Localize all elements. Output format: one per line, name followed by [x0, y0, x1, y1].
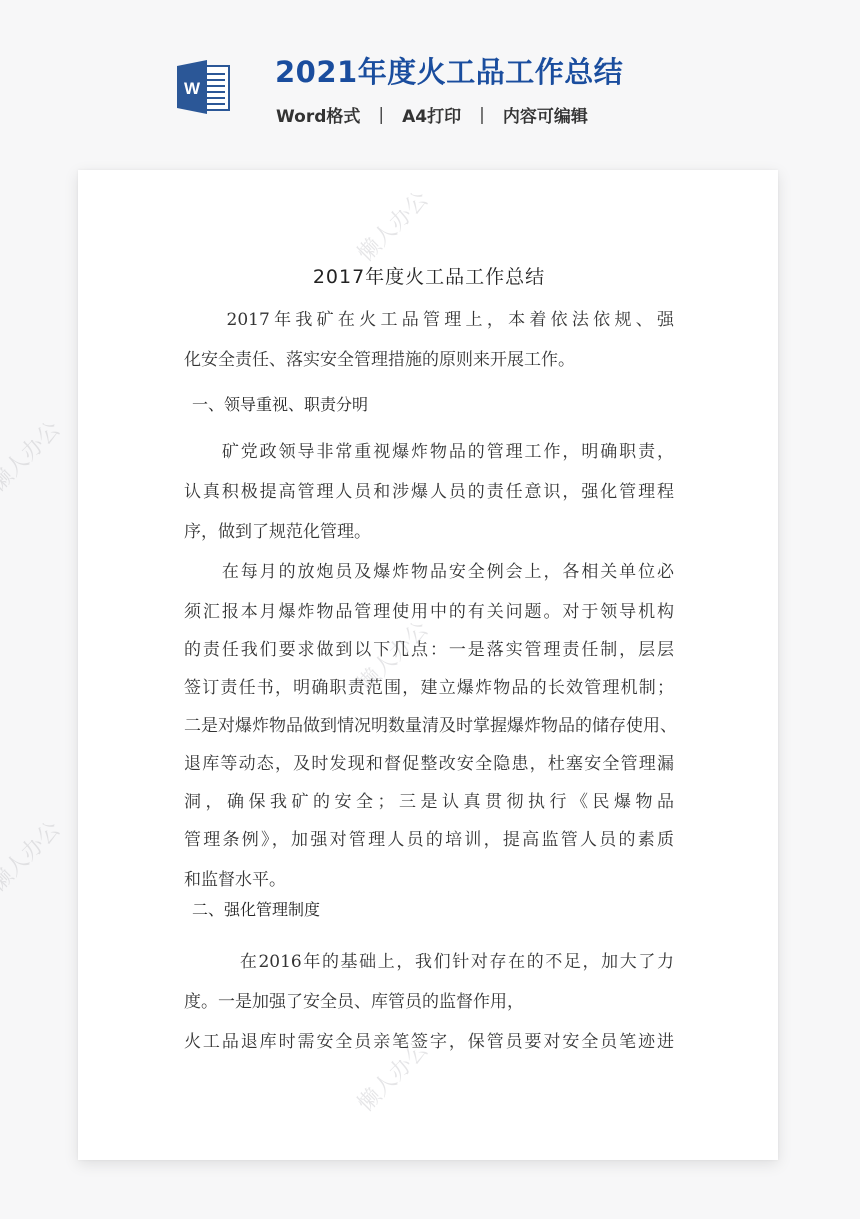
page-title: 2021年度火工品工作总结 — [275, 50, 623, 91]
section-heading: 一、领导重视、职责分明 — [192, 395, 368, 415]
paragraph-line: 在2016年的基础上，我们针对存在的不足，加大了力 — [184, 952, 674, 972]
watermark: 懒人办公 — [0, 413, 66, 497]
paragraph-line: 度。一是加强了安全员、库管员的监督作用， — [184, 992, 674, 1012]
header: W 2021年度火工品工作总结 Word格式 | A4打印 | 内容可编辑 — [0, 0, 860, 160]
document-page: 懒人办公 懒人办公 懒人办公 懒人办公 懒人办公 2017年度火工品工作总结 2… — [78, 170, 778, 1160]
watermark: 懒人办公 — [0, 813, 66, 897]
paragraph-line: 认真积极提高管理人员和涉爆人员的责任意识，强化管理程 — [184, 482, 674, 502]
document-title: 2017年度火工品工作总结 — [184, 262, 674, 289]
paragraph-line: 在每月的放炮员及爆炸物品安全例会上，各相关单位必 — [184, 562, 674, 582]
paragraph-line: 签订责任书，明确职责范围，建立爆炸物品的长效管理机制； — [184, 678, 674, 698]
paragraph-line: 洞，确保我矿的安全；三是认真贯彻执行《民爆物品 — [184, 792, 674, 812]
separator: | — [378, 105, 384, 125]
paragraph-line: 2017年我矿在火工品管理上，本着依法依规、强 — [184, 310, 674, 330]
paragraph-line: 序，做到了规范化管理。 — [184, 522, 674, 542]
paragraph-line: 矿党政领导非常重视爆炸物品的管理工作，明确职责， — [184, 442, 674, 462]
paragraph-line: 化安全责任、落实安全管理措施的原则来开展工作。 — [184, 350, 674, 370]
paragraph-line: 管理条例》，加强对管理人员的培训，提高监管人员的素质 — [184, 830, 674, 850]
section-heading: 二、强化管理制度 — [192, 900, 320, 920]
paragraph-line: 须汇报本月爆炸物品管理使用中的有关问题。对于领导机构 — [184, 602, 674, 622]
watermark: 懒人办公 — [350, 183, 434, 267]
format-badge-editable: 内容可编辑 — [503, 102, 588, 127]
paragraph-line: 退库等动态，及时发现和督促整改安全隐患，杜塞安全管理漏 — [184, 754, 674, 774]
paragraph-line: 的责任我们要求做到以下几点：一是落实管理责任制，层层 — [184, 640, 674, 660]
format-badge-a4: A4打印 — [402, 102, 461, 127]
format-badge-word: Word格式 — [276, 102, 360, 127]
format-info: Word格式 | A4打印 | 内容可编辑 — [276, 102, 588, 127]
paragraph-line: 和监督水平。 — [184, 870, 674, 890]
svg-text:W: W — [184, 79, 201, 98]
paragraph-line: 火工品退库时需安全员亲笔签字，保管员要对安全员笔迹进 — [184, 1032, 674, 1052]
paragraph-line: 二是对爆炸物品做到情况明数量清及时掌握爆炸物品的储存使用、 — [184, 716, 674, 736]
separator: | — [479, 105, 485, 125]
word-document-icon: W — [175, 60, 231, 114]
